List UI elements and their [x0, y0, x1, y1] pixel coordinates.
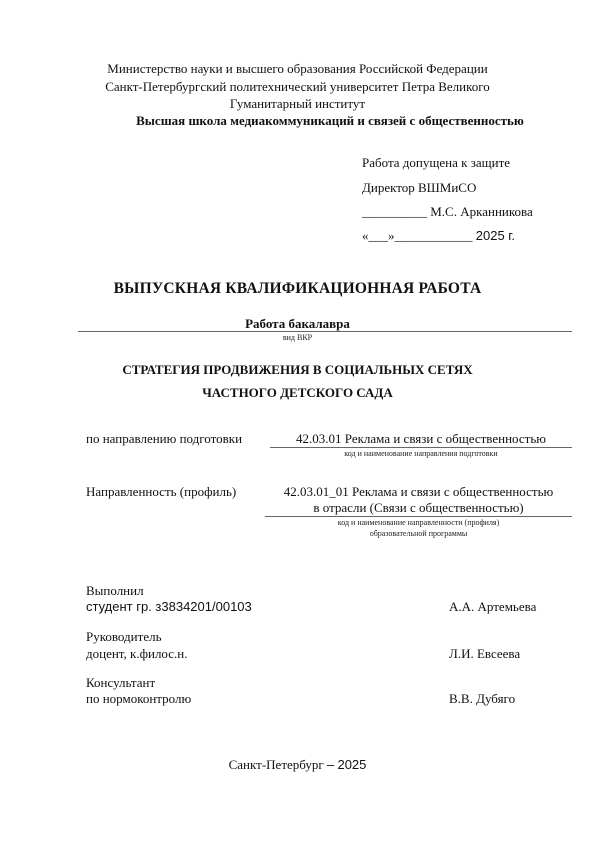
work-type-caption: вид ВКР	[0, 333, 595, 342]
signatory-position: доцент, к.филос.н.	[86, 646, 188, 662]
footer-city: Санкт-Петербург	[229, 757, 324, 772]
profile-rule	[265, 516, 572, 517]
signatory-name: В.В. Дубяго	[449, 691, 515, 707]
signature-blank: __________	[362, 204, 427, 219]
profile-label: Направленность (профиль)	[86, 484, 236, 500]
signatory-name: Л.И. Евсеева	[449, 646, 520, 662]
university-line: Санкт-Петербургский политехнический унив…	[0, 78, 595, 95]
work-type: Работа бакалавра	[0, 316, 595, 332]
profile-caption-line-1: код и наименование направленности (профи…	[265, 518, 572, 527]
direction-caption: код и наименование направления подготовк…	[270, 449, 572, 458]
approval-admitted: Работа допущена к защите	[362, 155, 510, 171]
director-name: М.С. Арканникова	[430, 204, 533, 219]
footer-city-year: Санкт-Петербург – 2025	[0, 757, 595, 773]
signatory-role: Консультант	[86, 675, 155, 691]
profile-caption-line-2: образовательной программы	[265, 529, 572, 538]
institute-line: Гуманитарный институт	[0, 95, 595, 112]
school-line: Высшая школа медиакоммуникаций и связей …	[0, 112, 595, 129]
work-type-rule	[78, 331, 572, 332]
date-year: 2025 г.	[476, 228, 515, 243]
direction-value: 42.03.01 Реклама и связи с общественност…	[270, 431, 572, 447]
approval-director-title: Директор ВШМиСО	[362, 180, 476, 196]
topic-line-1: СТРАТЕГИЯ ПРОДВИЖЕНИЯ В СОЦИАЛЬНЫХ СЕТЯХ	[0, 362, 595, 378]
signatory-role: Руководитель	[86, 629, 162, 645]
signatory-position: по нормоконтролю	[86, 691, 191, 707]
signatory-role: Выполнил	[86, 583, 144, 599]
footer-dash: –	[327, 757, 334, 772]
approval-signature-line: __________ М.С. Арканникова	[362, 204, 533, 220]
signatory-position: студент гр. з3834201/00103	[86, 599, 252, 614]
profile-value-line-2: в отрасли (Связи с общественностью)	[265, 500, 572, 516]
document-title: ВЫПУСКНАЯ КВАЛИФИКАЦИОННАЯ РАБОТА	[0, 280, 595, 298]
profile-value-line-1: 42.03.01_01 Реклама и связи с общественн…	[265, 484, 572, 500]
direction-rule	[270, 447, 572, 448]
footer-year: 2025	[337, 757, 366, 772]
topic-line-2: ЧАСТНОГО ДЕТСКОГО САДА	[0, 385, 595, 401]
direction-label: по направлению подготовки	[86, 431, 242, 447]
ministry-line: Министерство науки и высшего образования…	[0, 60, 595, 77]
approval-date-line: «___»____________ 2025 г.	[362, 228, 515, 244]
date-day-blank: ___	[369, 228, 389, 243]
date-month-blank: ____________	[395, 228, 473, 243]
signatory-name: А.А. Артемьева	[449, 599, 536, 615]
